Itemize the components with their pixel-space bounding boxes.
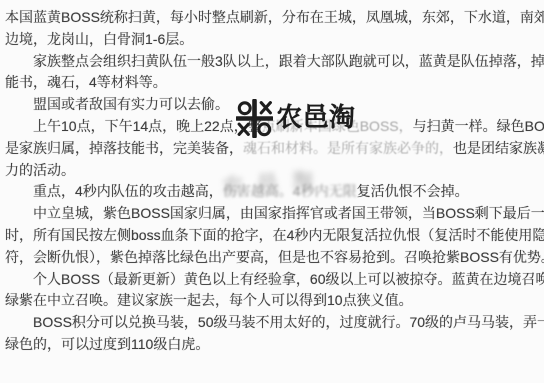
text-line: 个人BOSS（最新更新）黄色以上有经验拿，60级以上可以被掠夺。蓝黄在边境召唤，: [0, 269, 544, 291]
text-segment: 复活仇恨不会掉。: [357, 183, 469, 199]
text-line: 重点，4秒内队伍的攻击越高，伤害越高。4秒内无限复活仇恨不会掉。: [0, 181, 544, 203]
text-line: 时，所有国民按左侧boss血条下面的抢字，在4秒内无限复活拉仇恨（复活时不能使用…: [0, 225, 544, 247]
text-line: 家族整点会组织扫黄队伍一般3队以上，跟着大部队跑就可以，蓝黄是队伍掉落，掉落技: [0, 51, 544, 73]
text-segment: 符，会断仇恨），紫色掉落比绿色出产要高，但是也不容易抢到。召唤抢紫BOSS有优势…: [5, 249, 544, 265]
text-line: 绿紫在中立召唤。建议家族一起去，每个人可以得到10点狭义值。: [0, 290, 544, 312]
brand-watermark: 农邑淘: [236, 99, 356, 138]
text-line: 中立皇城，紫色BOSS国家归属，由国家指挥官或者国王带领，当BOSS剩下最后一丝…: [0, 203, 544, 225]
text-line: 本国蓝黄BOSS统称扫黄，每小时整点刷新，分布在王城，凤凰城，东郊，下水道，南郊…: [0, 7, 544, 29]
text-line: 边境，龙岗山，白骨洞1-6层。: [0, 29, 544, 51]
text-segment: 中立皇城，紫色BOSS国家归属，由国家指挥官或者国王带领，当BOSS剩下最后一丝…: [33, 205, 544, 221]
text-segment: 盟国或者敌国有实力可以去偷。: [33, 96, 229, 112]
text-segment: 时，所有国民按左侧boss血条下面的抢字，在4秒内无限复活拉仇恨（复活时不能使用…: [5, 227, 544, 243]
text-segment: 能书，魂石，4等材料等。: [5, 74, 167, 90]
text-segment: BOSS积分可以兑换马装，50级马装不用太好的，过度就行。70级的卢马马装，弄一…: [33, 314, 544, 330]
text-segment: 边境，龙岗山，白骨洞1-6层。: [5, 31, 193, 47]
text-line: 力的活动。: [0, 160, 544, 182]
text-segment: 上午10点，下午14点，晚上22点，整: [33, 118, 262, 134]
text-segment: 也是团结家族凝聚: [453, 140, 544, 156]
text-segment: 个人BOSS（最新更新）黄色以上有经验拿，60级以上可以被掠夺。蓝黄在边境召唤，: [33, 271, 544, 287]
text-line: BOSS积分可以兑换马装，50级马装不用太好的，过度就行。70级的卢马马装，弄一…: [0, 312, 544, 334]
text-segment: 本国蓝黄BOSS统称扫黄，每小时整点刷新，分布在王城，凤凰城，东郊，下水道，南郊…: [5, 9, 544, 25]
text-segment: 是家族归属，掉落技能书，完美装备，: [5, 140, 243, 156]
text-segment: 绿紫在中立召唤。建议家族一起去，每个人可以得到10点狭义值。: [5, 292, 413, 308]
text-segment: 伤害越高。4秒内无限: [223, 181, 357, 203]
text-line: 是家族归属，掉落技能书，完美装备，魂石和材料。是所有家族必争的，也是团结家族凝聚: [0, 138, 544, 160]
text-segment: 魂石和材料。是所有家族必争的，: [243, 138, 453, 160]
rice-grid-icon: [236, 99, 273, 138]
brand-name: 农邑淘: [276, 104, 356, 130]
text-segment: 绿色的，可以过度到110级白虎。: [5, 336, 209, 352]
text-segment: 力的活动。: [5, 162, 75, 178]
document-body: 本国蓝黄BOSS统称扫黄，每小时整点刷新，分布在王城，凤凰城，东郊，下水道，南郊…: [0, 7, 544, 356]
text-line: 能书，魂石，4等材料等。: [0, 72, 544, 94]
text-line: 绿色的，可以过度到110级白虎。: [0, 334, 544, 356]
text-segment: 家族整点会组织扫黄队伍一般3队以上，跟着大部队跑就可以，蓝黄是队伍掉落，掉落技: [33, 53, 544, 69]
document-page: 本国蓝黄BOSS统称扫黄，每小时整点刷新，分布在王城，凤凰城，东郊，下水道，南郊…: [0, 0, 544, 383]
text-segment: 重点，4秒内队伍的攻击越高，: [33, 183, 223, 199]
text-segment: 与扫黄一样。绿色BOSS: [413, 118, 544, 134]
text-line: 符，会断仇恨），紫色掉落比绿色出产要高，但是也不容易抢到。召唤抢紫BOSS有优势…: [0, 247, 544, 269]
